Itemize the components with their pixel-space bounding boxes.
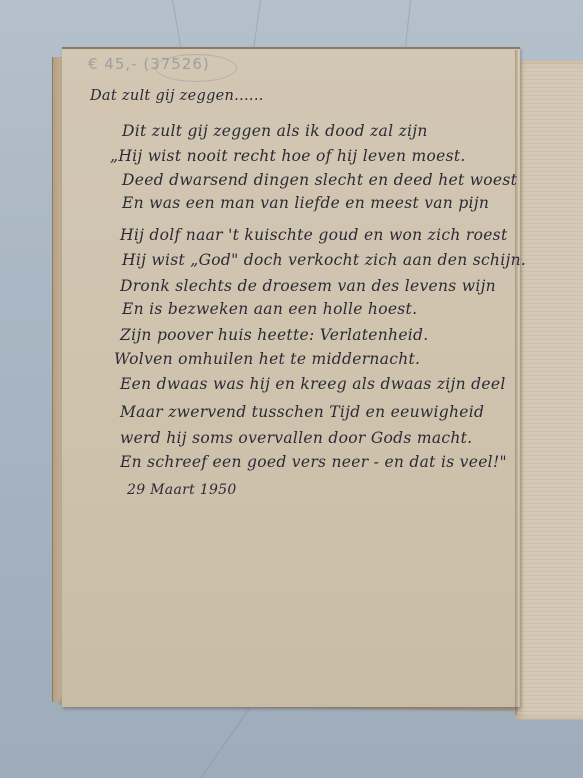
poem-line: werd hij soms overvallen door Gods macht…: [120, 429, 472, 447]
poem-line: En schreef een goed vers neer - en dat i…: [120, 453, 507, 471]
poem-line: Dronk slechts de droesem van des levens …: [120, 277, 496, 295]
poem-line: En was een man van liefde en meest van p…: [122, 194, 489, 212]
poem-line: Hij dolf naar 't kuischte goud en won zi…: [120, 226, 507, 244]
facing-page: [515, 60, 583, 720]
poem-date: 29 Maart 1950: [127, 482, 237, 498]
poem-line: Wolven omhuilen het te middernacht.: [114, 350, 420, 368]
binding-fold: [515, 50, 518, 715]
poem-line: Dit zult gij zeggen als ik dood zal zijn: [122, 122, 428, 140]
poem-line: En is bezweken aan een holle hoest.: [122, 300, 417, 318]
poem-title: Dat zult gij zeggen......: [90, 88, 264, 104]
poem-line: Een dwaas was hij en kreeg als dwaas zij…: [120, 375, 506, 393]
poem-line: Hij wist „God" doch verkocht zich aan de…: [122, 251, 526, 269]
poem-line: Deed dwarsend dingen slecht en deed het …: [122, 171, 517, 189]
poem-line: Zijn poover huis heette: Verlatenheid.: [120, 326, 429, 344]
poem-line: Maar zwervend tusschen Tijd en eeuwighei…: [120, 403, 484, 421]
poem-line: „Hij wist nooit recht hoe of hij leven m…: [110, 147, 466, 165]
stamp-oval: [155, 54, 237, 82]
background-scratch: [253, 0, 261, 50]
